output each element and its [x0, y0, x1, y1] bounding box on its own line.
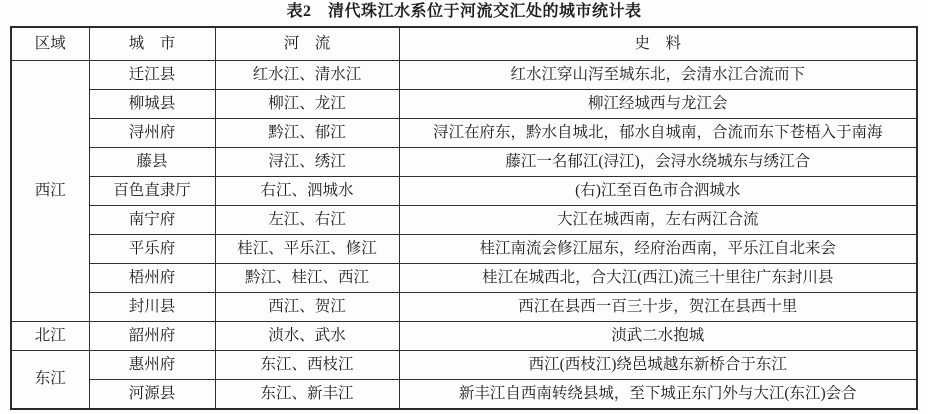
rivers-cell: 东江、新丰江 [215, 380, 399, 410]
column-header-city: 城 市 [89, 27, 215, 61]
table-row: 西江 迁江县 红水江、清水江 红水江穿山泻至城东北，会清水江合流而下 [11, 61, 917, 90]
city-cell: 惠州府 [89, 351, 215, 380]
source-cell: 桂江南流会修江屈东，经府治西南，平乐江自北来会 [399, 235, 917, 264]
rivers-cell: 左江、右江 [215, 206, 399, 235]
source-cell: 新丰江自西南转绕县城，至下城正东门外与大江(东江)会合 [399, 380, 917, 410]
rivers-cell: 浔江、绣江 [215, 148, 399, 177]
column-header-source: 史 料 [399, 27, 917, 61]
source-cell: 西江(西枝江)绕邑城越东新桥合于东江 [399, 351, 917, 380]
city-cell: 南宁府 [89, 206, 215, 235]
table-title: 表2 清代珠江水系位于河流交汇处的城市统计表 [0, 0, 928, 26]
column-header-region: 区域 [11, 27, 89, 61]
source-cell: 大江在城西南，左右两江合流 [399, 206, 917, 235]
city-cell: 梧州府 [89, 264, 215, 293]
rivers-cell: 桂江、平乐江、修江 [215, 235, 399, 264]
source-cell: 浔江在府东，黔水自城北，郁水自城南，合流而东下苍梧入于南海 [399, 119, 917, 148]
city-cell: 韶州府 [89, 322, 215, 351]
table-row: 百色直隶厅 右江、泗城水 (右)江至百色市合泗城水 [11, 177, 917, 206]
table-row: 藤县 浔江、绣江 藤江一名郁江(浔江)，会浔水绕城东与绣江合 [11, 148, 917, 177]
rivers-cell: 右江、泗城水 [215, 177, 399, 206]
source-cell: (右)江至百色市合泗城水 [399, 177, 917, 206]
city-cell: 迁江县 [89, 61, 215, 90]
source-cell: 柳江经城西与龙江会 [399, 90, 917, 119]
table-row: 浔州府 黔江、郁江 浔江在府东，黔水自城北，郁水自城南，合流而东下苍梧入于南海 [11, 119, 917, 148]
table-row: 北江 韶州府 浈水、武水 浈武二水抱城 [11, 322, 917, 351]
region-cell-dongjiang: 东江 [11, 351, 89, 410]
table-row: 东江 惠州府 东江、西枝江 西江(西枝江)绕邑城越东新桥合于东江 [11, 351, 917, 380]
source-cell: 浈武二水抱城 [399, 322, 917, 351]
table-row: 南宁府 左江、右江 大江在城西南，左右两江合流 [11, 206, 917, 235]
rivers-cell: 黔江、郁江 [215, 119, 399, 148]
table-row: 平乐府 桂江、平乐江、修江 桂江南流会修江屈东，经府治西南，平乐江自北来会 [11, 235, 917, 264]
city-cell: 百色直隶厅 [89, 177, 215, 206]
source-cell: 西江在县西一百三十步，贺江在县西十里 [399, 293, 917, 322]
table-row: 河源县 东江、新丰江 新丰江自西南转绕县城，至下城正东门外与大江(东江)会合 [11, 380, 917, 410]
rivers-cell: 红水江、清水江 [215, 61, 399, 90]
column-header-rivers: 河 流 [215, 27, 399, 61]
rivers-cell: 东江、西枝江 [215, 351, 399, 380]
city-cell: 柳城县 [89, 90, 215, 119]
rivers-cell: 西江、贺江 [215, 293, 399, 322]
table-row: 梧州府 黔江、桂江、西江 桂江在城西北，合大江(西江)流三十里往广东封川县 [11, 264, 917, 293]
city-cell: 封川县 [89, 293, 215, 322]
statistics-table: 区域 城 市 河 流 史 料 西江 迁江县 红水江、清水江 红水江穿山泻至城东北… [10, 26, 918, 410]
source-cell: 红水江穿山泻至城东北，会清水江合流而下 [399, 61, 917, 90]
source-cell: 桂江在城西北，合大江(西江)流三十里往广东封川县 [399, 264, 917, 293]
city-cell: 河源县 [89, 380, 215, 410]
rivers-cell: 浈水、武水 [215, 322, 399, 351]
region-cell-xijiang: 西江 [11, 61, 89, 322]
table-row: 封川县 西江、贺江 西江在县西一百三十步，贺江在县西十里 [11, 293, 917, 322]
table-row: 柳城县 柳江、龙江 柳江经城西与龙江会 [11, 90, 917, 119]
city-cell: 藤县 [89, 148, 215, 177]
rivers-cell: 黔江、桂江、西江 [215, 264, 399, 293]
page: 表2 清代珠江水系位于河流交汇处的城市统计表 区域 城 市 河 流 史 料 西江… [0, 0, 928, 414]
region-cell-beijiang: 北江 [11, 322, 89, 351]
source-cell: 藤江一名郁江(浔江)，会浔水绕城东与绣江合 [399, 148, 917, 177]
header-row: 区域 城 市 河 流 史 料 [11, 27, 917, 61]
table-body: 西江 迁江县 红水江、清水江 红水江穿山泻至城东北，会清水江合流而下 柳城县 柳… [11, 61, 917, 410]
city-cell: 浔州府 [89, 119, 215, 148]
city-cell: 平乐府 [89, 235, 215, 264]
table-header: 区域 城 市 河 流 史 料 [11, 27, 917, 61]
rivers-cell: 柳江、龙江 [215, 90, 399, 119]
